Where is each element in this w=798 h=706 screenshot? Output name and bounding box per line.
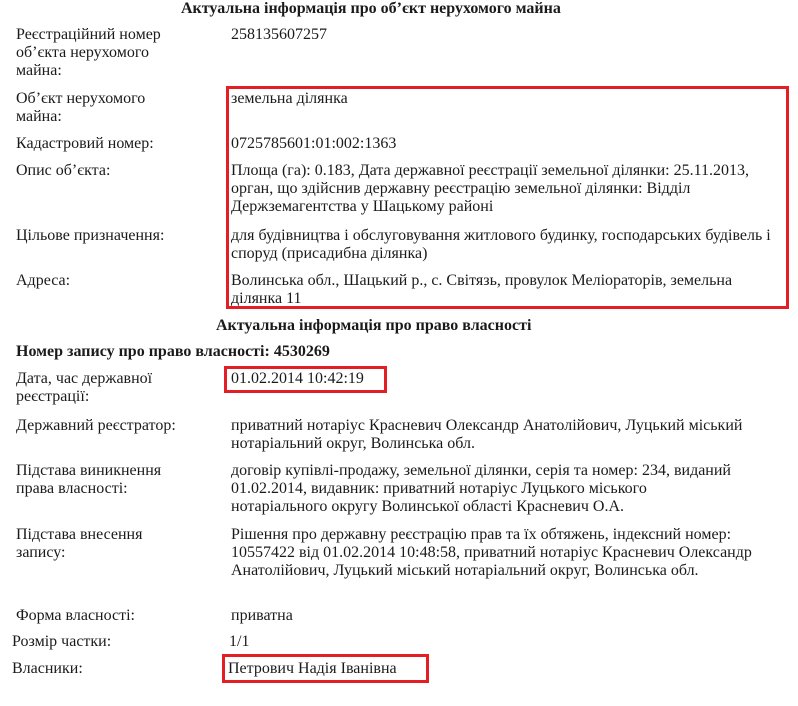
label-registration-number: Реєстраційний номер об’єкта нерухомого м… [16, 26, 186, 80]
label-object-type: Об’єкт нерухомого майна: [16, 90, 186, 126]
label-ownership-form: Форма власності: [16, 607, 216, 625]
label-owners: Власники: [12, 660, 212, 678]
label-cadastral-number: Кадастровий номер: [16, 135, 216, 153]
label-share-size: Розмір частки: [12, 633, 212, 651]
label-ownership-basis: Підстава виникнення права власності: [16, 462, 191, 498]
value-registration-number: 258135607257 [231, 26, 791, 44]
ownership-record-number: Номер запису про право власності: 453026… [16, 343, 330, 361]
label-entry-basis: Підстава внесення запису: [16, 526, 176, 562]
highlight-box-owners [222, 654, 429, 683]
value-ownership-form: приватна [231, 607, 791, 625]
label-address: Адреса: [16, 272, 216, 290]
highlight-box-object-info [226, 86, 789, 309]
label-state-registrar: Державний реєстратор: [16, 417, 216, 435]
value-entry-basis: Рішення про державну реєстрацію прав та … [231, 526, 789, 580]
highlight-box-registration-datetime [224, 366, 387, 393]
value-ownership-basis: договір купівлі-продажу, земельної ділян… [231, 462, 741, 516]
label-purpose: Цільове призначення: [16, 227, 216, 245]
object-section-heading: Актуальна інформація про об’єкт нерухомо… [181, 0, 561, 18]
value-share-size: 1/1 [229, 633, 789, 651]
label-object-description: Опис об’єкта: [16, 162, 216, 180]
label-registration-datetime: Дата, час державної реєстрації: [16, 370, 186, 406]
value-state-registrar: приватний нотаріус Красневич Олександр А… [231, 417, 771, 453]
ownership-section-heading: Актуальна інформація про право власності [216, 317, 531, 335]
